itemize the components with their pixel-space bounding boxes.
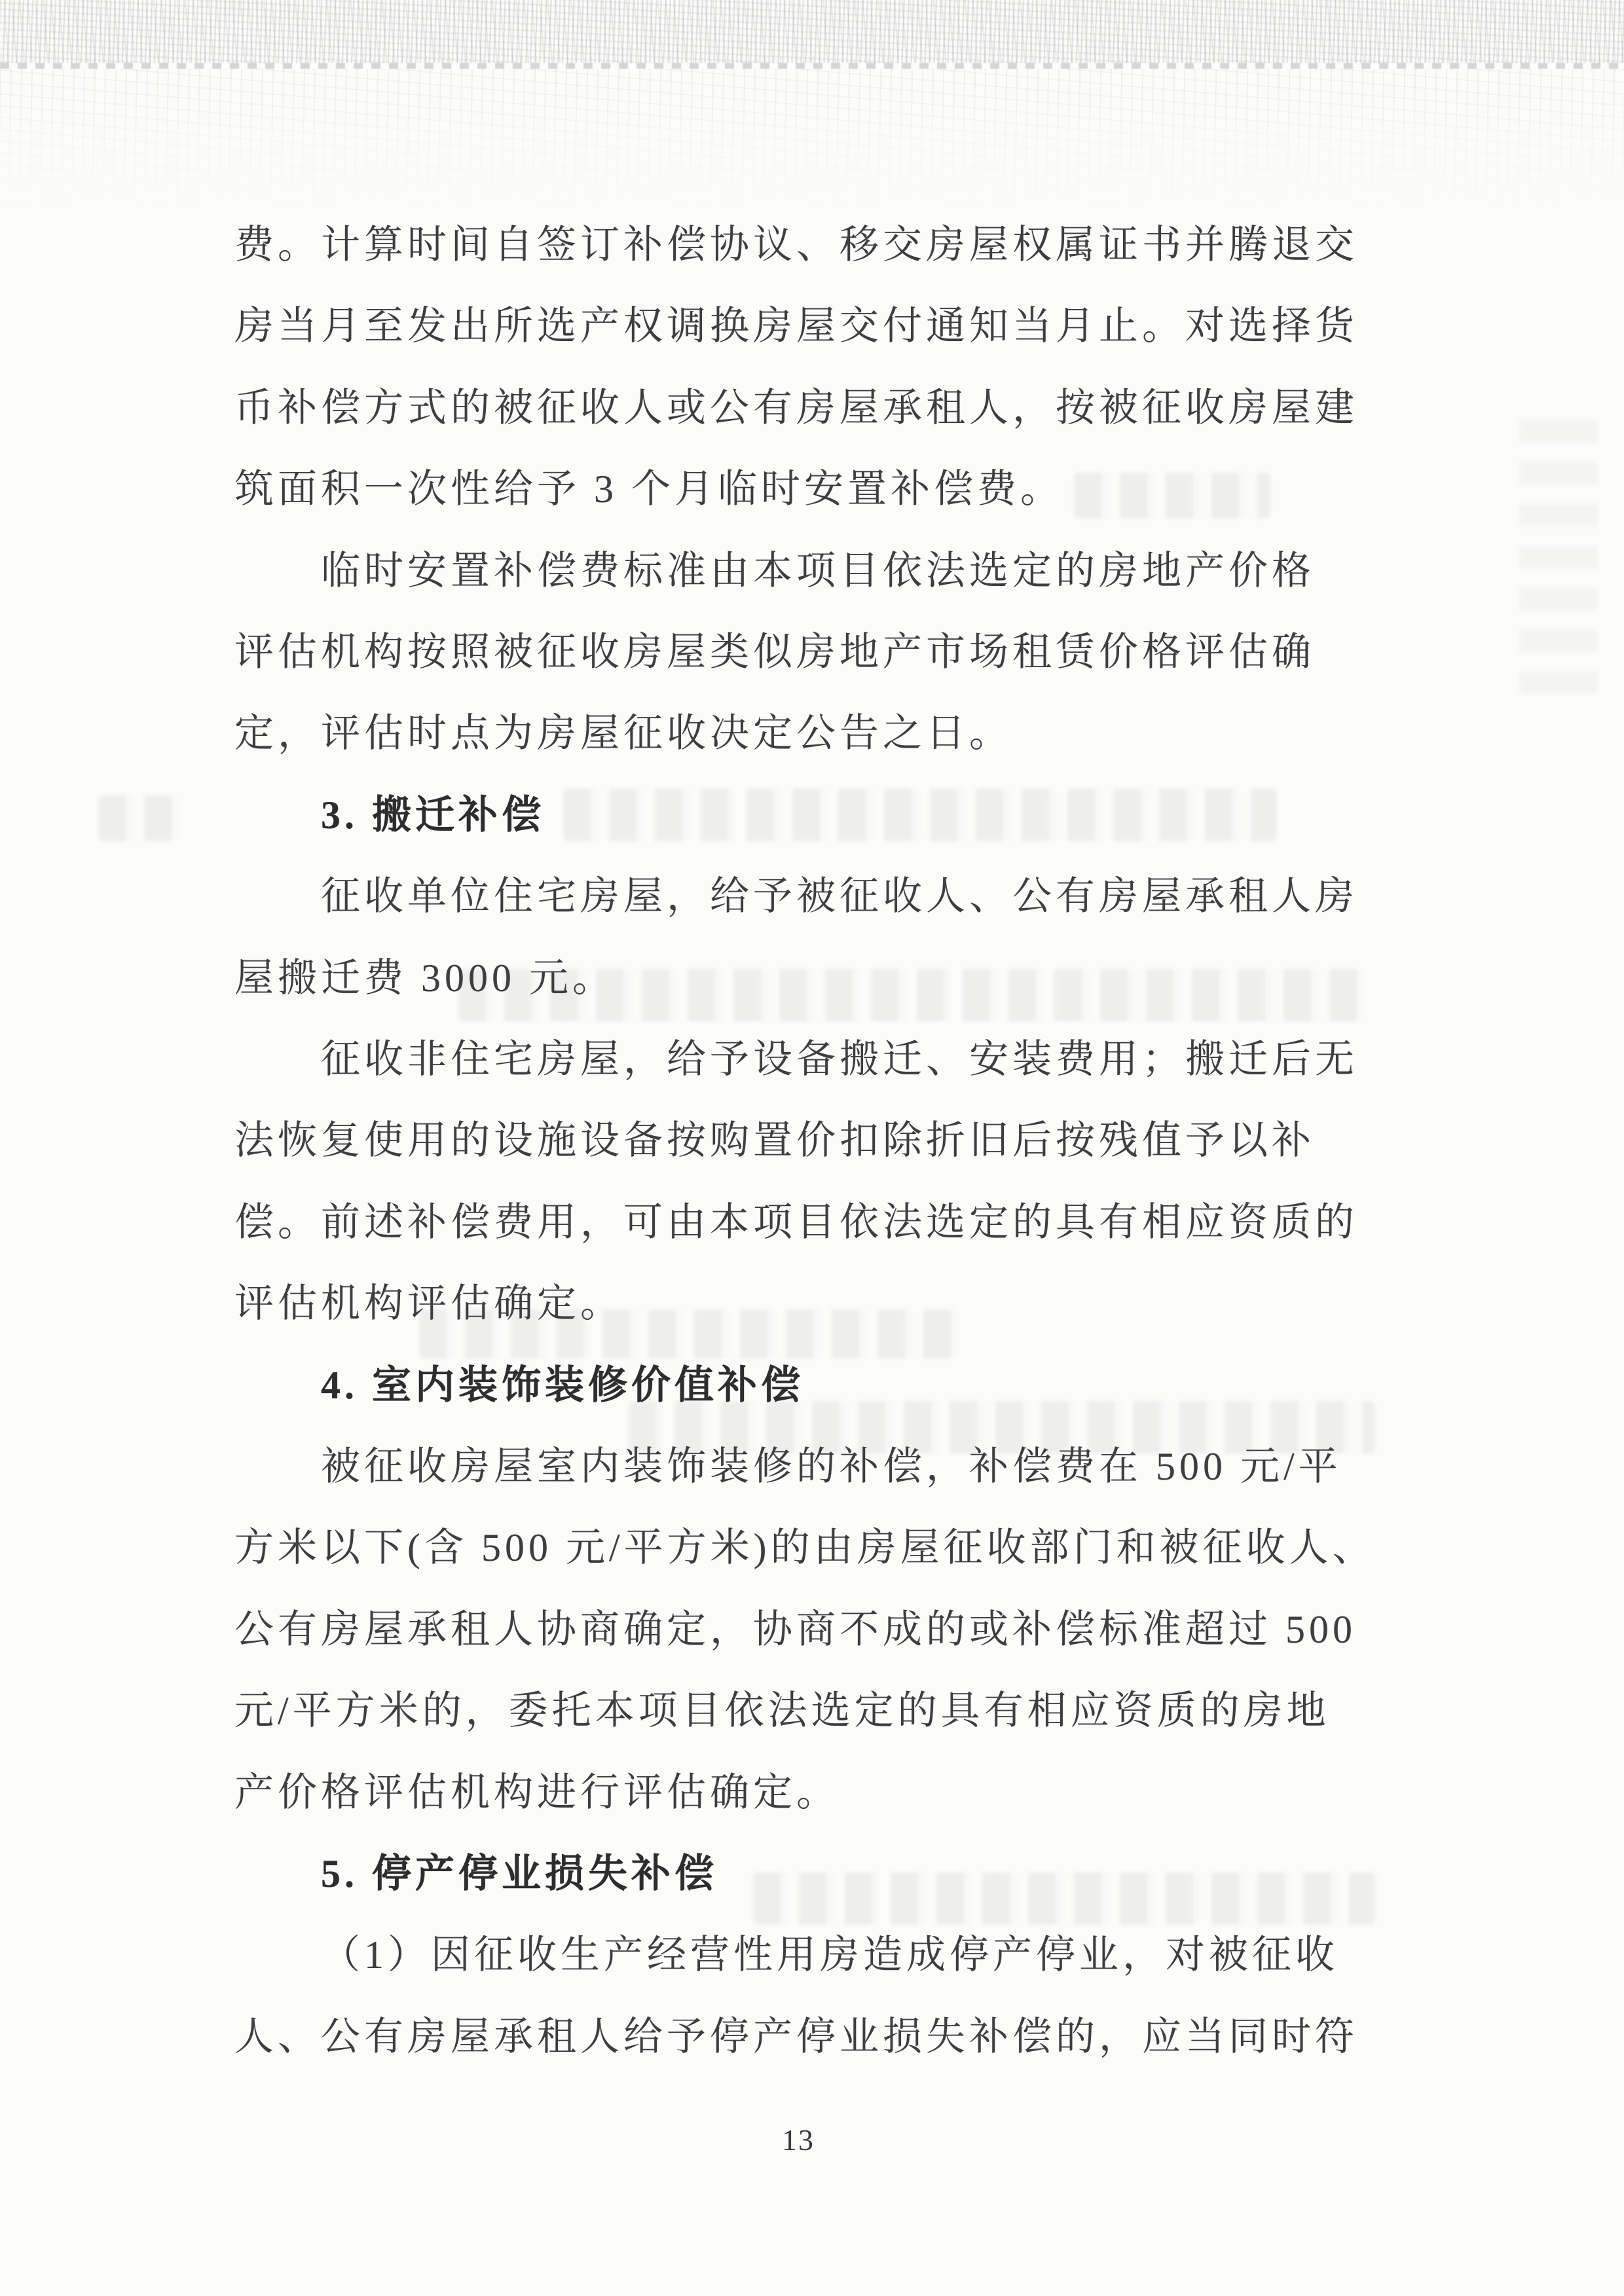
- document-page: 费。计算时间自签订补偿协议、移交房屋权属证书并腾退交 房当月至发出所选产权调换房…: [0, 0, 1624, 2296]
- body-line-09: 征收单位住宅房屋，给予被征收人、公有房屋承租人房: [234, 856, 1473, 937]
- body-line-12: 法恢复使用的设施设备按购置价扣除折旧后按残值予以补: [234, 1100, 1387, 1181]
- body-line-22: （1）因征收生产经营性用房造成停产停业，对被征收: [234, 1914, 1473, 1995]
- body-line-06: 评估机构按照被征收房屋类似房地产市场租赁价格评估确: [234, 611, 1387, 693]
- body-line-10: 屋搬迁费 3000 元。: [234, 938, 1387, 1019]
- body-line-18: 公有房屋承租人协商确定，协商不成的或补偿标准超过 500: [234, 1589, 1387, 1670]
- body-line-16: 被征收房屋室内装饰装修的补偿，补偿费在 500 元/平: [234, 1426, 1473, 1507]
- heading-section-3-relocation-compensation: 3. 搬迁补偿: [234, 774, 1473, 856]
- body-line-19: 元/平方米的，委托本项目依法选定的具有相应资质的房地: [234, 1670, 1387, 1751]
- body-line-04: 筑面积一次性给予 3 个月临时安置补偿费。: [234, 448, 1387, 530]
- body-line-13: 偿。前述补偿费用，可由本项目依法选定的具有相应资质的: [234, 1182, 1387, 1263]
- heading-section-4-interior-decoration-compensation: 4. 室内装饰装修价值补偿: [234, 1345, 1473, 1426]
- body-line-14: 评估机构评估确定。: [234, 1263, 1387, 1344]
- bleed-through-smudge: [1519, 406, 1598, 694]
- body-line-03: 币补偿方式的被征收人或公有房屋承租人，按被征收房屋建: [234, 367, 1387, 448]
- body-line-07: 定，评估时点为房屋征收决定公告之日。: [234, 693, 1387, 774]
- body-line-23: 人、公有房屋承租人给予停产停业损失补偿的，应当同时符: [234, 1996, 1387, 2077]
- body-line-02: 房当月至发出所选产权调换房屋交付通知当月止。对选择货: [234, 285, 1387, 367]
- body-line-05: 临时安置补偿费标准由本项目依法选定的房地产价格: [234, 530, 1473, 611]
- bleed-through-smudge: [98, 795, 177, 841]
- body-line-20: 产价格评估机构进行评估确定。: [234, 1752, 1387, 1833]
- heading-section-5-business-loss-compensation: 5. 停产停业损失补偿: [234, 1833, 1473, 1914]
- scan-noise-streak: [0, 63, 1624, 69]
- page-number: 13: [0, 2120, 1596, 2160]
- scan-noise-band-fade: [0, 69, 1624, 213]
- body-line-17: 方米以下(含 500 元/平方米)的由房屋征收部门和被征收人、: [234, 1507, 1387, 1588]
- body-line-01: 费。计算时间自签订补偿协议、移交房屋权属证书并腾退交: [234, 204, 1387, 285]
- body-line-11: 征收非住宅房屋，给予设备搬迁、安装费用；搬迁后无: [234, 1019, 1473, 1100]
- scan-noise-band-top: [0, 0, 1624, 63]
